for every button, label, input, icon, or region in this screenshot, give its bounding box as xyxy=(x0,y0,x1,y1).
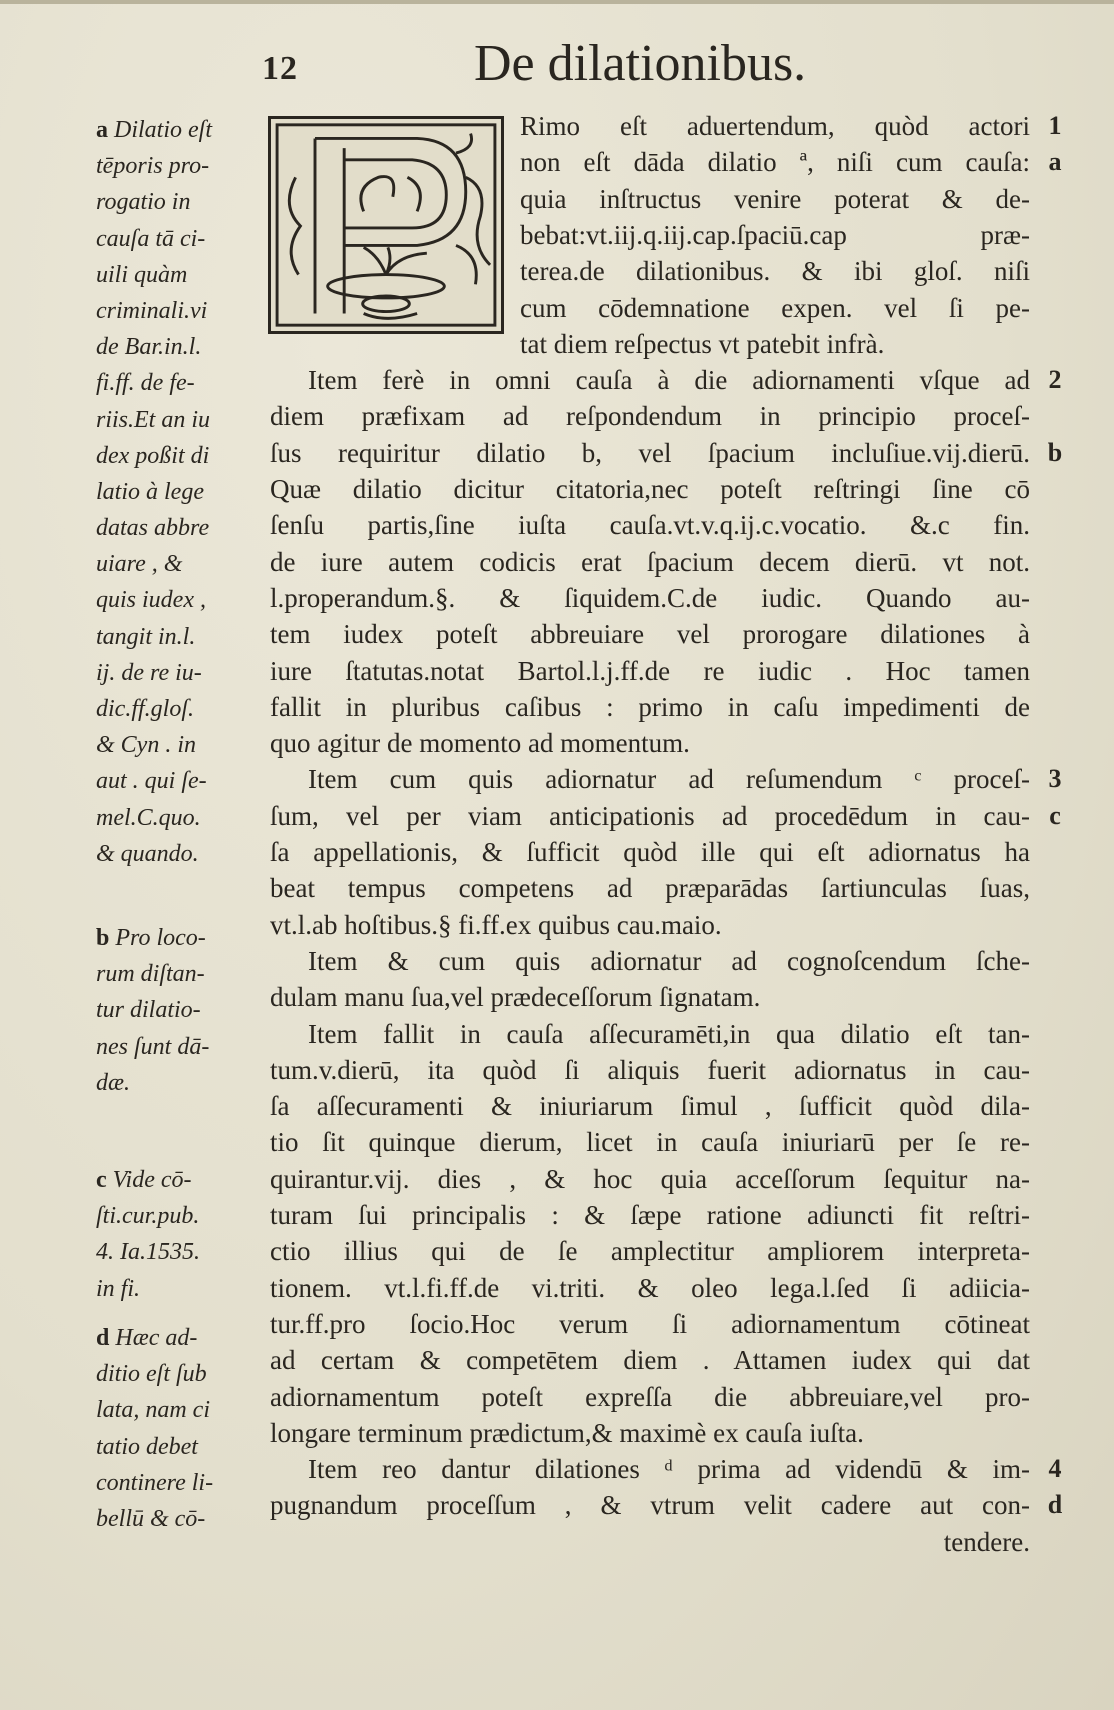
margin-note-line: b Pro loco- xyxy=(96,920,209,956)
text-line: cum cōdemnatione expen. vel ſi pe- xyxy=(520,290,1030,326)
margin-note-text: latio à lege xyxy=(96,479,204,505)
margin-note-line: rum diſtan- xyxy=(96,956,209,992)
margin-note-key: d xyxy=(96,1325,115,1351)
margin-note-line: dex poßit di xyxy=(96,438,212,474)
text-line: Rimo eſt aduertendum, quòd actori xyxy=(520,108,1030,144)
margin-note-line: tur dilatio- xyxy=(96,992,209,1028)
margin-note-text: cauſa tā ci- xyxy=(96,226,205,252)
margin-note-line: c Vide cō- xyxy=(96,1162,200,1198)
margin-note-line: tēporis pro- xyxy=(96,148,212,184)
margin-note-line: lata, nam ci xyxy=(96,1392,213,1428)
margin-note-text: quis iudex , xyxy=(96,587,206,613)
margin-note-text: fi.ff. de fe- xyxy=(96,370,195,396)
margin-note-line: a Dilatio eſt xyxy=(96,112,212,148)
margin-note-line: fi.ff. de fe- xyxy=(96,365,212,401)
margin-note-line: & quando. xyxy=(96,836,212,872)
margin-note-text: Hæc ad- xyxy=(115,1325,197,1351)
margin-note-line: dæ. xyxy=(96,1065,209,1101)
margin-note-line: ſti.cur.pub. xyxy=(96,1198,200,1234)
text-line: pugnandum proceſſum , & vtrum velit cade… xyxy=(270,1487,1030,1523)
drop-cap-initial xyxy=(268,116,504,334)
margin-note-line: quis iudex , xyxy=(96,582,212,618)
margin-note-text: tēporis pro- xyxy=(96,153,209,179)
margin-note-line: ij. de re iu- xyxy=(96,655,212,691)
text-line: ſus requiritur dilatio b, vel ſpacium in… xyxy=(270,435,1030,471)
page-number: 12 xyxy=(262,50,298,88)
text-line: Item ferè in omni cauſa à die adiornamen… xyxy=(308,362,1030,398)
margin-note-text: uili quàm xyxy=(96,262,187,288)
text-line: dulam manu ſua,vel prædeceſſorum ſignata… xyxy=(270,979,1030,1015)
text-line: Quæ dilatio dicitur citatoria,nec poteſt… xyxy=(270,471,1030,507)
text-line: diem præfixam ad reſpondendum in princip… xyxy=(270,398,1030,434)
text-line: tendere. xyxy=(270,1524,1030,1560)
margin-note-line: 4. Ia.1535. xyxy=(96,1234,200,1270)
decorated-initial-p-icon xyxy=(271,119,501,331)
text-line: ſa appellationis, & ſufficit quòd ille q… xyxy=(270,834,1030,870)
margin-note-line: uili quàm xyxy=(96,257,212,293)
margin-note-a: a Dilatio eſttēporis pro-rogatio incauſa… xyxy=(96,112,212,872)
margin-note-text: tur dilatio- xyxy=(96,997,201,1023)
margin-note-line: aut . qui ſe- xyxy=(96,763,212,799)
margin-note-line: bellū & cō- xyxy=(96,1501,213,1537)
margin-note-text: dex poßit di xyxy=(96,443,209,469)
margin-note-text: de Bar.in.l. xyxy=(96,334,201,360)
margin-note-line: de Bar.in.l. xyxy=(96,329,212,365)
margin-note-text: 4. Ia.1535. xyxy=(96,1239,200,1265)
outer-margin-mark: c xyxy=(1040,798,1070,834)
margin-note-text: dæ. xyxy=(96,1070,130,1096)
text-line: tum.v.dierū, ita quòd ſi aliquis fuerit … xyxy=(270,1052,1030,1088)
margin-note-line: ditio eſt ſub xyxy=(96,1356,213,1392)
margin-note-line: dic.ff.gloſ. xyxy=(96,691,212,727)
margin-note-text: bellū & cō- xyxy=(96,1506,205,1532)
text-line: fallit in pluribus caſibus : primo in ca… xyxy=(270,689,1030,725)
margin-note-text: dic.ff.gloſ. xyxy=(96,696,194,722)
margin-note-line: criminali.vi xyxy=(96,293,212,329)
margin-note-text: datas abbre xyxy=(96,515,209,541)
text-line: beat tempus competens ad præparādas ſart… xyxy=(270,870,1030,906)
margin-note-text: Pro loco- xyxy=(115,925,205,951)
margin-note-text: tatio debet xyxy=(96,1434,198,1460)
text-line: iure ſtatutas.notat Bartol.l.j.ff.de re … xyxy=(270,653,1030,689)
margin-note-line: tangit in.l. xyxy=(96,619,212,655)
text-line: ctio illius qui de ſe amplectitur amplio… xyxy=(270,1233,1030,1269)
margin-note-line: latio à lege xyxy=(96,474,212,510)
text-line: Item cum quis adiornatur ad reſumendum ᶜ… xyxy=(308,761,1030,797)
margin-note-text: ij. de re iu- xyxy=(96,660,202,686)
outer-margin-mark: d xyxy=(1040,1487,1070,1523)
text-line: ſa aſſecuramenti & iniuriarum ſimul , ſu… xyxy=(270,1088,1030,1124)
text-line: tio ſit quinque dierum, licet in cauſa i… xyxy=(270,1124,1030,1160)
outer-margin-mark: 3 xyxy=(1040,761,1070,797)
text-line: Item & cum quis adiornatur ad cognoſcend… xyxy=(308,943,1030,979)
margin-note-line: mel.C.quo. xyxy=(96,800,212,836)
margin-note-text: rogatio in xyxy=(96,189,190,215)
text-line: adiornamentum poteſt expreſſa die abbreu… xyxy=(270,1379,1030,1415)
margin-note-text: mel.C.quo. xyxy=(96,805,201,831)
text-line: non eſt dāda dilatio ª, niſi cum cauſa: xyxy=(520,144,1030,180)
margin-note-text: ſti.cur.pub. xyxy=(96,1203,199,1229)
margin-note-d: d Hæc ad-ditio eſt ſublata, nam citatio … xyxy=(96,1320,213,1537)
text-line: quirantur.vij. dies , & hoc quia acceſſo… xyxy=(270,1161,1030,1197)
text-line: quia inſtructus venire poterat & de- xyxy=(520,181,1030,217)
margin-note-line: rogatio in xyxy=(96,184,212,220)
margin-note-text: rum diſtan- xyxy=(96,961,205,987)
text-line: quo agitur de momento ad momentum. xyxy=(270,725,1030,761)
margin-note-key: a xyxy=(96,117,114,143)
text-line: de iure autem codicis erat ſpacium decem… xyxy=(270,544,1030,580)
outer-margin-mark: 1 xyxy=(1040,108,1070,144)
text-line: ſum, vel per viam anticipationis ad proc… xyxy=(270,798,1030,834)
text-line: tem iudex poteſt abbreuiare vel prorogar… xyxy=(270,616,1030,652)
text-line: Item reo dantur dilationes ᵈ prima ad vi… xyxy=(308,1451,1030,1487)
text-line: longare terminum prædictum,& maximè ex c… xyxy=(270,1415,1030,1451)
margin-note-text: tangit in.l. xyxy=(96,624,195,650)
running-title: De dilationibus. xyxy=(474,34,806,93)
text-line: tur.ff.pro ſocio.Hoc verum ſi adiornamen… xyxy=(270,1306,1030,1342)
margin-note-line: uiare , & xyxy=(96,546,212,582)
margin-note-line: d Hæc ad- xyxy=(96,1320,213,1356)
margin-note-b: b Pro loco-rum diſtan-tur dilatio-nes ſu… xyxy=(96,920,209,1101)
margin-note-line: cauſa tā ci- xyxy=(96,221,212,257)
margin-note-line: continere li- xyxy=(96,1465,213,1501)
outer-margin-mark: 2 xyxy=(1040,362,1070,398)
margin-note-text: aut . qui ſe- xyxy=(96,768,207,794)
outer-margin-mark: b xyxy=(1040,435,1070,471)
margin-note-line: datas abbre xyxy=(96,510,212,546)
margin-note-line: nes ſunt dā- xyxy=(96,1029,209,1065)
text-line: tionem. vt.l.fi.ff.de vi.triti. & oleo l… xyxy=(270,1270,1030,1306)
text-line: terea.de dilationibus. & ibi gloſ. niſi xyxy=(520,253,1030,289)
margin-note-text: continere li- xyxy=(96,1470,213,1496)
text-line: Item fallit in cauſa aſſecuramēti,in qua… xyxy=(308,1016,1030,1052)
margin-note-text: nes ſunt dā- xyxy=(96,1034,209,1060)
margin-note-text: uiare , & xyxy=(96,551,182,577)
text-line: ſenſu partis,ſine iuſta cauſa.vt.v.q.ij.… xyxy=(270,507,1030,543)
margin-note-text: & quando. xyxy=(96,841,199,867)
text-line: tat diem reſpectus vt patebit infrà. xyxy=(520,326,1030,362)
text-line: bebat:vt.iij.q.iij.cap.ſpaciū.cap præ- xyxy=(520,217,1030,253)
text-line: vt.l.ab hoſtibus.§ fi.ff.ex quibus cau.m… xyxy=(270,907,1030,943)
margin-note-key: c xyxy=(96,1167,113,1193)
margin-note-text: lata, nam ci xyxy=(96,1397,210,1423)
margin-note-text: criminali.vi xyxy=(96,298,207,324)
margin-note-line: & Cyn . in xyxy=(96,727,212,763)
text-line: turam ſui principalis : & ſæpe ratione a… xyxy=(270,1197,1030,1233)
text-line: l.properandum.§. & ſiquidem.C.de iudic. … xyxy=(270,580,1030,616)
margin-note-text: Dilatio eſt xyxy=(114,117,212,143)
margin-note-key: b xyxy=(96,925,115,951)
margin-note-line: tatio debet xyxy=(96,1429,213,1465)
page-header: 12 De dilationibus. xyxy=(0,22,1114,82)
outer-margin-mark: 4 xyxy=(1040,1451,1070,1487)
margin-note-text: Vide cō- xyxy=(113,1167,192,1193)
margin-note-line: in fi. xyxy=(96,1271,200,1307)
margin-note-text: ditio eſt ſub xyxy=(96,1361,207,1387)
margin-note-text: in fi. xyxy=(96,1276,140,1302)
margin-note-text: & Cyn . in xyxy=(96,732,196,758)
page-top-edge xyxy=(0,0,1114,4)
text-line: ad certam & competētem diem . Attamen iu… xyxy=(270,1342,1030,1378)
margin-note-line: riis.Et an iu xyxy=(96,402,212,438)
margin-note-c: c Vide cō-ſti.cur.pub.4. Ia.1535.in fi. xyxy=(96,1162,200,1307)
outer-margin-mark: a xyxy=(1040,144,1070,180)
book-page: 12 De dilationibus. xyxy=(0,0,1114,1710)
margin-note-text: riis.Et an iu xyxy=(96,407,210,433)
